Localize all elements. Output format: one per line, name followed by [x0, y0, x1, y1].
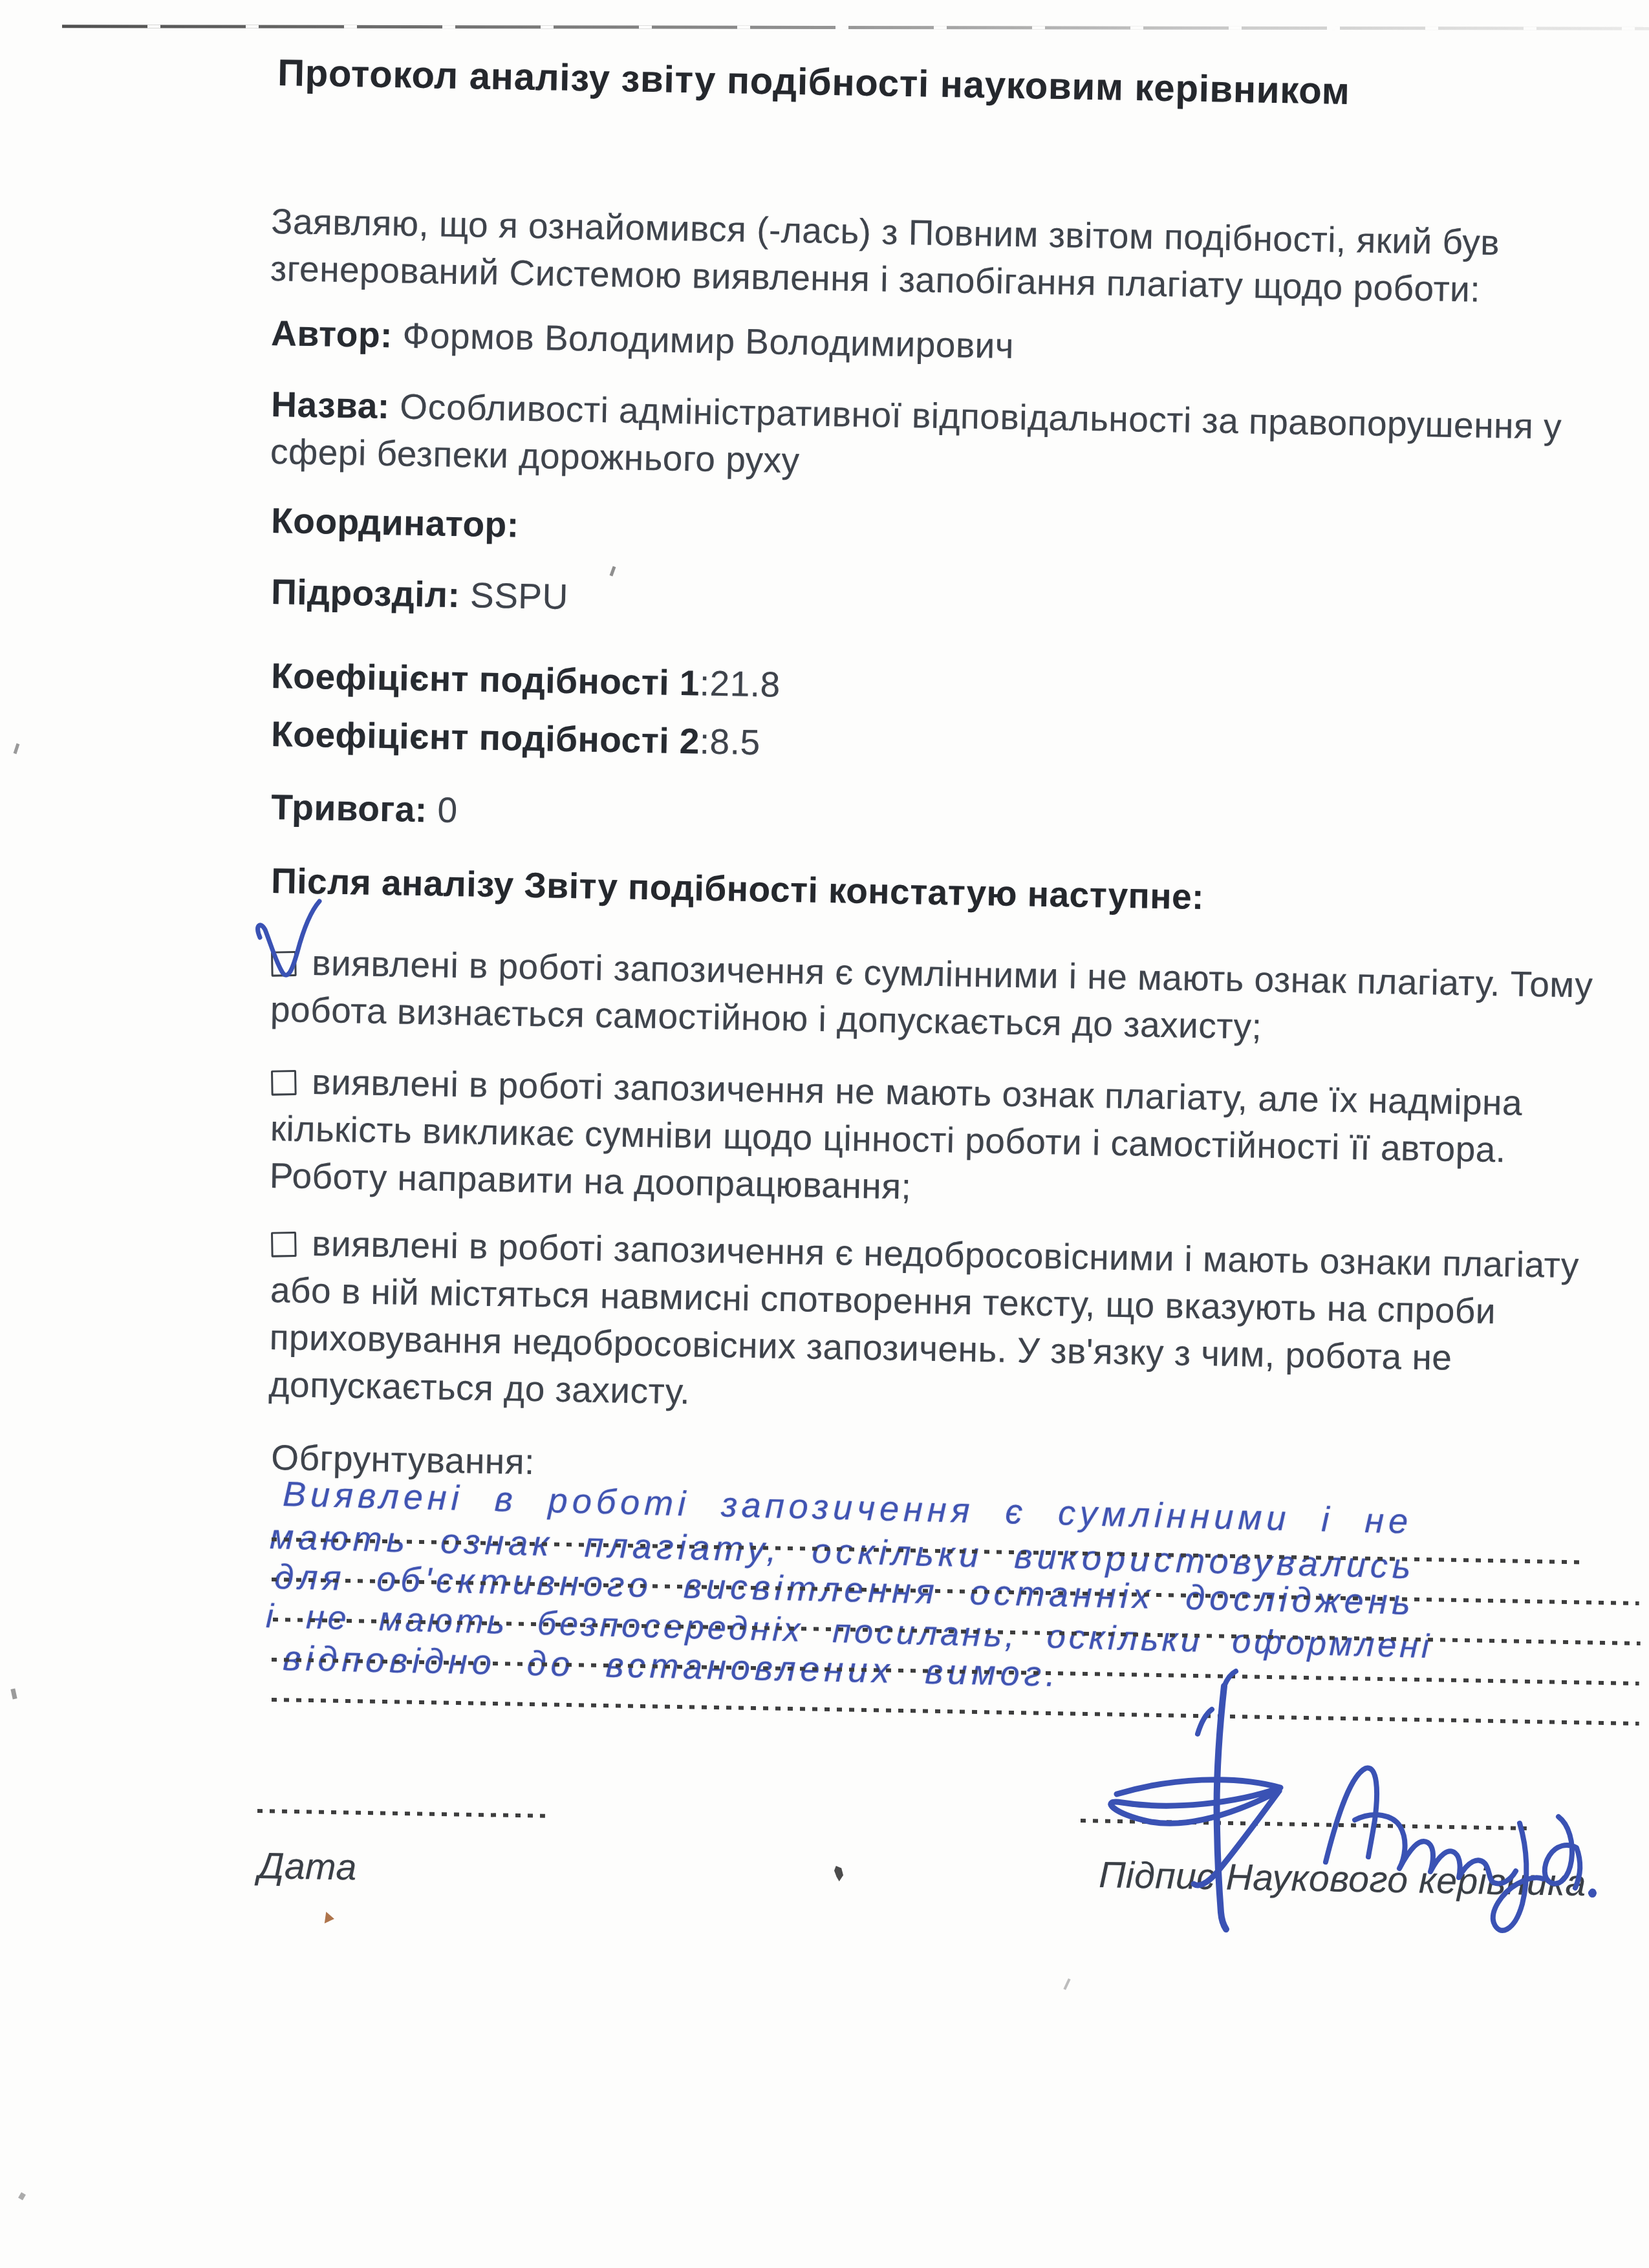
- scanned-protocol-page: Протокол аналізу звіту подібності науков…: [0, 0, 1649, 2268]
- checkbox-option-2: [271, 1070, 297, 1096]
- department-value: SSPU: [470, 575, 569, 617]
- author-label: Автор:: [271, 313, 393, 355]
- coordinator-field: Координатор:: [271, 497, 519, 549]
- page-title: Протокол аналізу звіту подібності науков…: [277, 49, 1351, 115]
- scan-speck: [10, 1688, 17, 1699]
- scan-speck: [18, 2192, 26, 2201]
- similarity1-field: Коефіцієнт подібності 1:21.8: [271, 652, 781, 709]
- similarity1-value: :21.8: [699, 663, 781, 705]
- scan-speck: [14, 744, 20, 754]
- scan-edge-line: [62, 25, 1649, 30]
- department-label: Підрозділ:: [271, 572, 460, 615]
- scan-speck: [610, 566, 616, 577]
- scan-speck: [834, 1866, 843, 1881]
- alert-value: 0: [437, 789, 458, 830]
- alert-label: Тривога:: [271, 787, 427, 829]
- statement-heading: Після аналізу Звіту подібності констатую…: [271, 857, 1205, 921]
- scan-speck: [325, 1912, 335, 1925]
- similarity2-label: Коефіцієнт подібності 2: [271, 714, 700, 762]
- date-label: Дата: [258, 1843, 358, 1892]
- date-dotted-line: [257, 1809, 545, 1818]
- option-3: виявлені в роботі запозичення є недоброс…: [268, 1219, 1580, 1431]
- checkbox-option-3: [271, 1232, 297, 1257]
- author-value: Формов Володимир Володимирович: [402, 316, 1014, 366]
- scan-speck: [1063, 1978, 1070, 1990]
- intro-paragraph: Заявляю, що я ознайомився (-лась) з Повн…: [270, 198, 1500, 314]
- option-1: виявлені в роботі запозичення є сумлінни…: [270, 939, 1593, 1056]
- author-field: Автор: Формов Володимир Володимирович: [271, 310, 1015, 370]
- handwritten-checkmark: [251, 897, 329, 983]
- similarity2-field: Коефіцієнт подібності 2:8.5: [271, 711, 761, 766]
- supervisor-signature: [1022, 1655, 1649, 1965]
- similarity1-label: Коефіцієнт подібності 1: [271, 656, 700, 703]
- department-field: Підрозділ: SSPU: [271, 568, 569, 621]
- work-title-label: Назва:: [271, 384, 390, 426]
- work-title-field: Назва: Особливості адміністративної відп…: [270, 381, 1562, 498]
- similarity2-value: :8.5: [699, 722, 760, 763]
- option-2: виявлені в роботі запозичення не мають о…: [269, 1058, 1523, 1221]
- alert-field: Тривога: 0: [271, 784, 458, 834]
- coordinator-label: Координатор:: [271, 500, 519, 545]
